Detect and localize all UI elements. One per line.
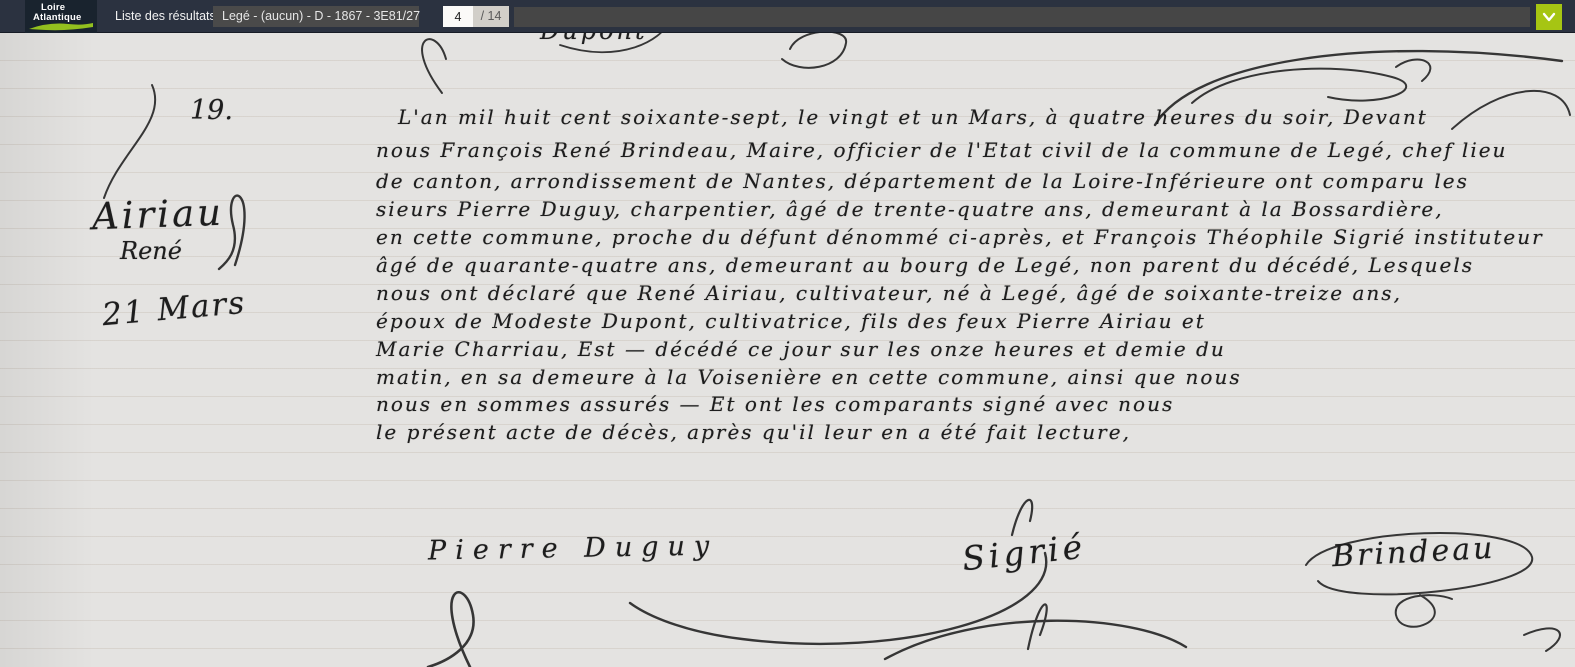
margin-bracket-stroke xyxy=(104,85,155,198)
result-selector[interactable]: Legé - (aucun) - D - 1867 - 3E81/27 xyxy=(213,6,419,27)
act-line: nous ont déclaré que René Airiau, cultiv… xyxy=(376,281,1402,307)
margin-date: 21 Mars xyxy=(101,285,248,333)
document-canvas[interactable]: Dupont 19. Airiau René 21 Mars L'an mil … xyxy=(0,33,1575,667)
page-input[interactable] xyxy=(443,6,473,27)
loire-atlantique-logo[interactable]: Loire Atlantique xyxy=(25,0,97,33)
logo-text: Loire Atlantique xyxy=(33,3,81,22)
toolbar-collapse-button[interactable] xyxy=(1536,4,1562,30)
viewer-toolbar: Loire Atlantique Liste des résultats : L… xyxy=(0,0,1575,33)
act-line: Marie Charriau, Est — décédé ce jour sur… xyxy=(376,337,1226,363)
act-line: en cette commune, proche du défunt dénom… xyxy=(376,225,1544,251)
logo-swoosh-icon xyxy=(28,22,94,31)
margin-firstname: René xyxy=(120,237,182,265)
results-label: Liste des résultats : xyxy=(115,9,223,23)
filmstrip-bar xyxy=(514,7,1530,27)
signature-brindeau: Brindeau xyxy=(1331,531,1496,575)
signature-sigrie: Sigrié xyxy=(960,527,1088,579)
margin-act-number: 19. xyxy=(190,95,233,126)
act-line: sieurs Pierre Duguy, charpentier, âgé de… xyxy=(376,197,1444,223)
archives-viewer: Loire Atlantique Liste des résultats : L… xyxy=(0,0,1575,667)
chevron-down-icon xyxy=(1540,8,1558,26)
act-line: matin, en sa demeure à la Voisenière en … xyxy=(376,365,1242,391)
page-total-label: / 14 xyxy=(473,6,509,27)
margin-surname: Airiau xyxy=(91,191,224,239)
act-line: le présent acte de décès, après qu'il le… xyxy=(376,420,1131,446)
act-line: de canton, arrondissement de Nantes, dép… xyxy=(376,169,1469,195)
act-line: époux de Modeste Dupont, cultivatrice, f… xyxy=(376,309,1206,335)
signature-pierre-duguy: Pierre Duguy xyxy=(428,530,719,566)
act-line: âgé de quarante-quatre ans, demeurant au… xyxy=(376,253,1474,279)
previous-act-fragment: Dupont xyxy=(540,33,648,45)
act-line: nous François René Brindeau, Maire, offi… xyxy=(376,138,1507,164)
act-line: nous en sommes assurés — Et ont les comp… xyxy=(376,392,1174,418)
act-line: L'an mil huit cent soixante-sept, le vin… xyxy=(398,105,1428,131)
logo-line2: Atlantique xyxy=(33,12,81,23)
